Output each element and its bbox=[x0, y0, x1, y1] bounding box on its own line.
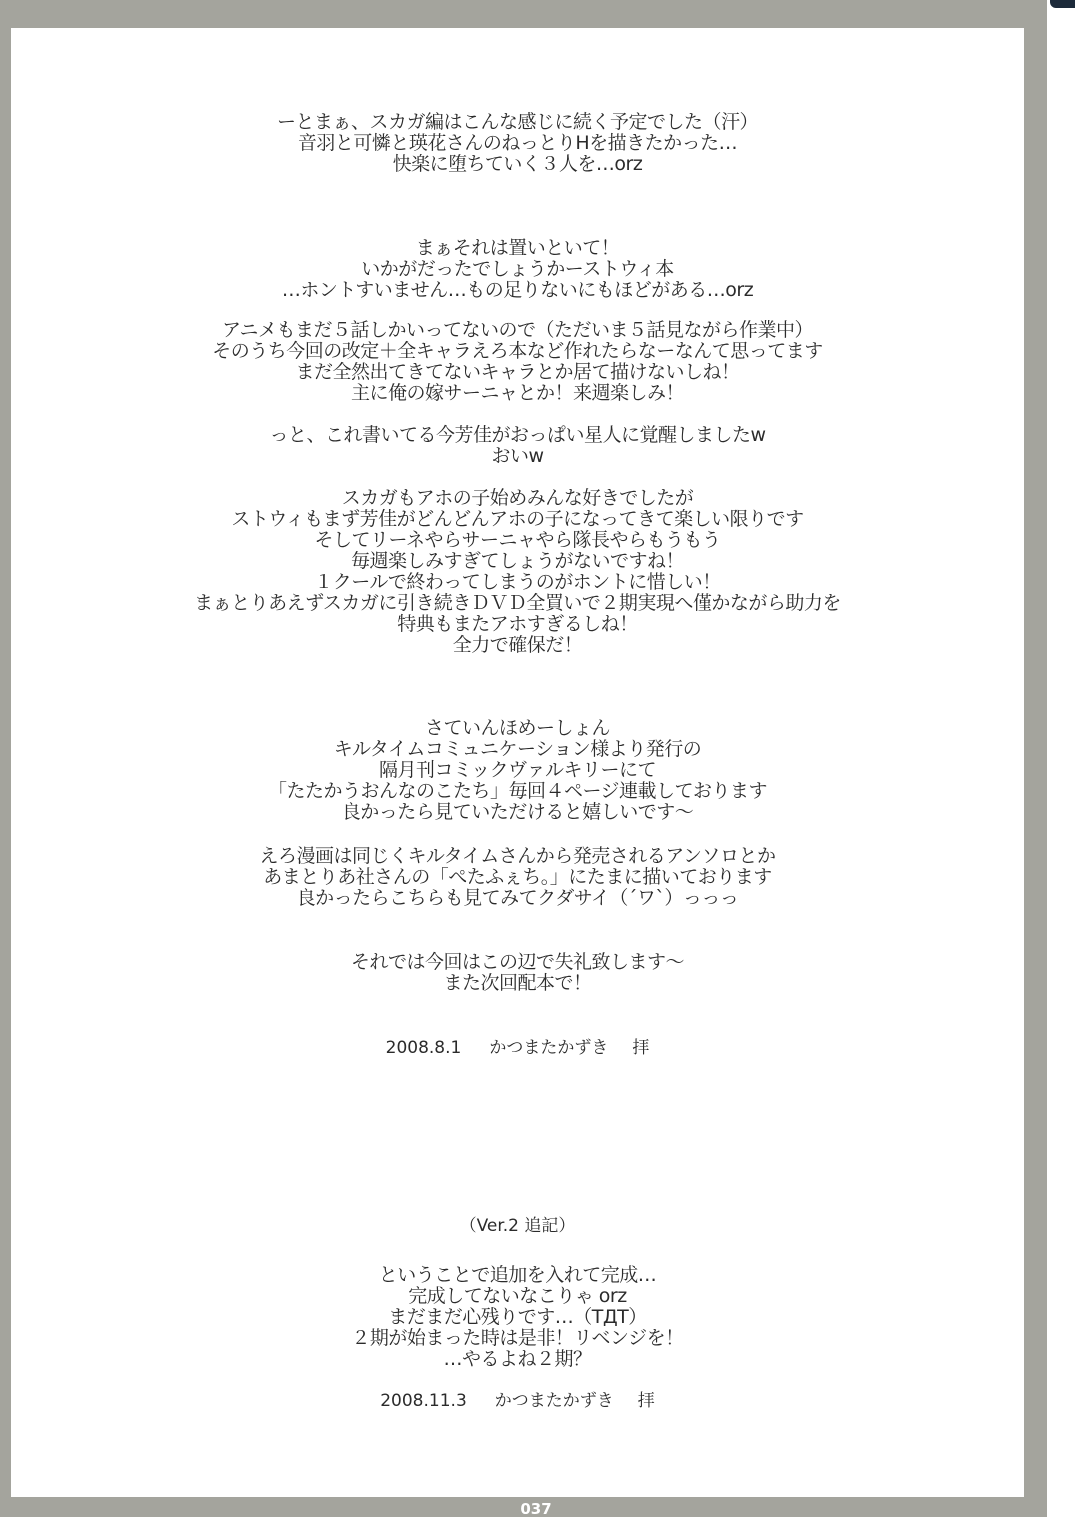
signature-date: 2008.11.3 bbox=[380, 1391, 467, 1411]
text-line: …ホントすいません…もの足りないにもほどがある…orz bbox=[11, 280, 1024, 301]
page-frame-top bbox=[0, 0, 1047, 28]
anime-paragraph: アニメもまだ５話しかいってないので（ただいま５話見ながら作業中） そのうち今回の… bbox=[11, 320, 1024, 404]
text-line: まだまだ心残りです…（ТДТ） bbox=[11, 1307, 1024, 1328]
text-line: っと、これ書いてる今芳佳がおっぱい星人に覚醒しましたw bbox=[11, 425, 1024, 446]
text-line: また次回配本で！ bbox=[11, 973, 1024, 994]
text-line: そのうち今回の改定＋全キャラえろ本など作れたらなーなんて思ってます bbox=[11, 341, 1024, 362]
text-line: あまとりあ社さんの「ぺたふぇち。」にたまに描いております bbox=[11, 867, 1024, 888]
text-line: スカガもアホの子始めみんな好きでしたが bbox=[11, 488, 1024, 509]
signature-2: 2008.11.3かつまたかずき拝 bbox=[11, 1391, 1024, 1412]
signature-1: 2008.8.1かつまたかずき拝 bbox=[11, 1038, 1024, 1059]
signature-date: 2008.8.1 bbox=[386, 1038, 462, 1058]
text-line: １クールで終わってしまうのがホントに惜しい！ bbox=[11, 572, 1024, 593]
promotion-paragraph: さていんほめーしょん キルタイムコミュニケーション様より発行の 隔月刊コミックヴ… bbox=[11, 718, 1024, 823]
text-line: キルタイムコミュニケーション様より発行の bbox=[11, 739, 1024, 760]
signature-line: 2008.8.1かつまたかずき拝 bbox=[11, 1038, 1024, 1059]
text-line: おいw bbox=[11, 446, 1024, 467]
signature-suffix: 拝 bbox=[632, 1038, 649, 1058]
text-line: ーとまぁ、スカガ編はこんな感じに続く予定でした（汗） bbox=[11, 112, 1024, 133]
text-line: アニメもまだ５話しかいってないので（ただいま５話見ながら作業中） bbox=[11, 320, 1024, 341]
text-line: 全力で確保だ！ bbox=[11, 635, 1024, 656]
afterword-page: ーとまぁ、スカガ編はこんな感じに続く予定でした（汗） 音羽と可憐と瑛花さんのねっ… bbox=[11, 28, 1024, 1497]
text-line: いかがだったでしょうかーストウィ本 bbox=[11, 259, 1024, 280]
scan-corner-mark bbox=[1050, 0, 1075, 8]
text-line: ということで追加を入れて完成… bbox=[11, 1265, 1024, 1286]
text-line: 良かったらこちらも見てみてクダサイ（´ワ`）っっっ bbox=[11, 888, 1024, 909]
text-line: ストウィもまず芳佳がどんどんアホの子になってきて楽しい限りです bbox=[11, 509, 1024, 530]
strike-witches-paragraph: まぁそれは置いといて！ いかがだったでしょうかーストウィ本 …ホントすいません…… bbox=[11, 238, 1024, 301]
text-line: まだ全然出てきてないキャラとか居て描けないしね！ bbox=[11, 362, 1024, 383]
text-line: さていんほめーしょん bbox=[11, 718, 1024, 739]
intro-paragraph: ーとまぁ、スカガ編はこんな感じに続く予定でした（汗） 音羽と可憐と瑛花さんのねっ… bbox=[11, 112, 1024, 175]
text-line: まぁとりあえずスカガに引き続きＤＶＤ全買いで２期実現へ僅かながら助力を bbox=[11, 593, 1024, 614]
text-line: 「たたかうおんなのこたち」毎回４ページ連載しております bbox=[11, 781, 1024, 802]
text-line: 完成してないなこりゃ orz bbox=[11, 1286, 1024, 1307]
ver2-heading: （Ver.2 追記） bbox=[11, 1216, 1024, 1237]
signature-author: かつまたかずき bbox=[489, 1038, 608, 1058]
page-frame-right bbox=[1024, 0, 1047, 1517]
text-line: そしてリーネやらサーニャやら隊長やらもうもう bbox=[11, 530, 1024, 551]
text-line: まぁそれは置いといて！ bbox=[11, 238, 1024, 259]
text-line: 快楽に堕ちていく３人を…orz bbox=[11, 154, 1024, 175]
awakening-paragraph: っと、これ書いてる今芳佳がおっぱい星人に覚醒しましたw おいw bbox=[11, 425, 1024, 467]
signature-author: かつまたかずき bbox=[495, 1391, 614, 1411]
text-line: 音羽と可憐と瑛花さんのねっとりHを描きたかった… bbox=[11, 133, 1024, 154]
signature-line: 2008.11.3かつまたかずき拝 bbox=[11, 1391, 1024, 1412]
section-heading: （Ver.2 追記） bbox=[11, 1216, 1024, 1237]
text-line: それでは今回はこの辺で失礼致します～ bbox=[11, 952, 1024, 973]
text-line: えろ漫画は同じくキルタイムさんから発売されるアンソロとか bbox=[11, 846, 1024, 867]
text-line: 隔月刊コミックヴァルキリーにて bbox=[11, 760, 1024, 781]
page-frame-left bbox=[0, 0, 11, 1517]
ero-manga-paragraph: えろ漫画は同じくキルタイムさんから発売されるアンソロとか あまとりあ社さんの「ぺ… bbox=[11, 846, 1024, 909]
signature-suffix: 拝 bbox=[638, 1391, 655, 1411]
closing-paragraph: それでは今回はこの辺で失礼致します～ また次回配本で！ bbox=[11, 952, 1024, 994]
text-line: 主に俺の嫁サーニャとか！来週楽しみ！ bbox=[11, 383, 1024, 404]
text-line: …やるよね２期？ bbox=[11, 1349, 1024, 1370]
text-line: 良かったら見ていただけると嬉しいです～ bbox=[11, 802, 1024, 823]
text-line: 毎週楽しみすぎてしょうがないですね！ bbox=[11, 551, 1024, 572]
text-line: 特典もまたアホすぎるしね！ bbox=[11, 614, 1024, 635]
page-number: 037 bbox=[506, 1500, 566, 1517]
ver2-paragraph: ということで追加を入れて完成… 完成してないなこりゃ orz まだまだ心残りです… bbox=[11, 1265, 1024, 1370]
thoughts-paragraph: スカガもアホの子始めみんな好きでしたが ストウィもまず芳佳がどんどんアホの子にな… bbox=[11, 488, 1024, 656]
text-line: ２期が始まった時は是非！リベンジを！ bbox=[11, 1328, 1024, 1349]
